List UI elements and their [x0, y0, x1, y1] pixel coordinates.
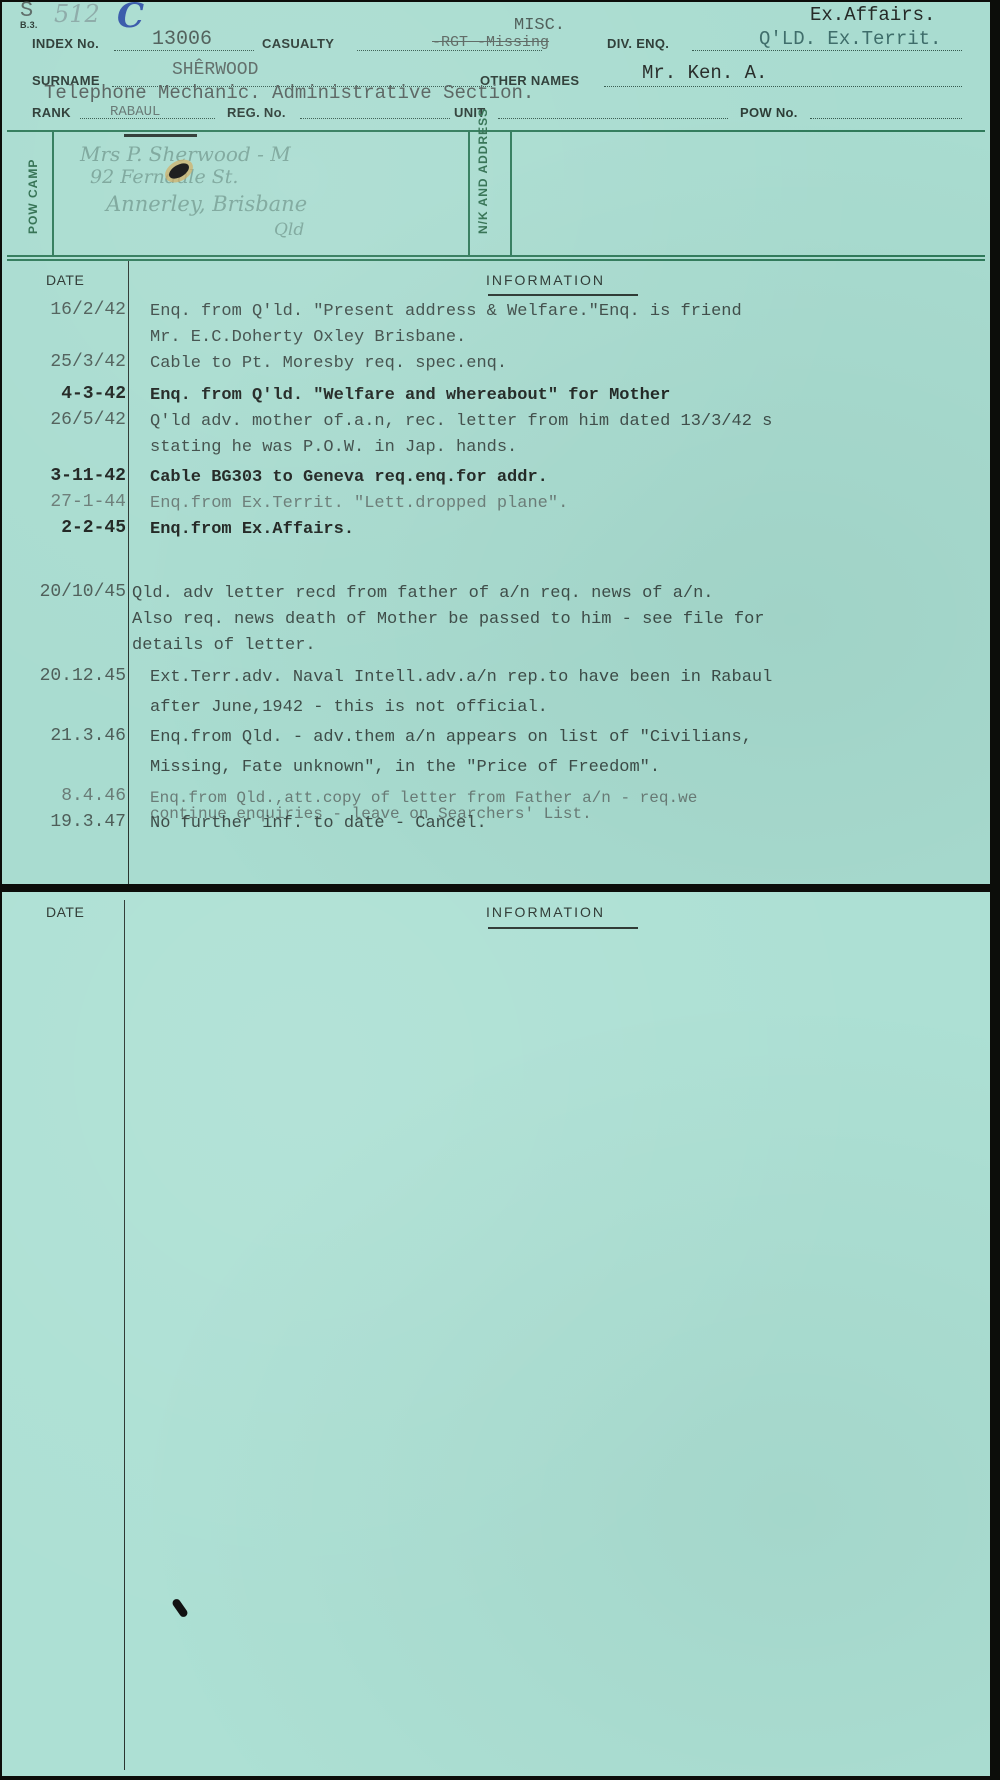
div-enq-label: DIV. ENQ.	[607, 36, 669, 51]
entry-date: 4-3-42	[61, 384, 126, 404]
entry-line: Ext.Terr.adv. Naval Intell.adv.a/n rep.t…	[150, 666, 772, 690]
rank-value: RABAUL	[110, 104, 160, 120]
entry-line: No further inf. to date - Cancel.	[150, 812, 487, 836]
casualty-label: CASUALTY	[262, 36, 334, 51]
entry-line: details of letter.	[132, 634, 316, 658]
info-header-underline	[488, 294, 638, 296]
index-label: INDEX No.	[32, 36, 99, 51]
entry-date: 27-1-44	[50, 492, 126, 512]
surname-value: SHÊRWOOD	[172, 60, 258, 80]
pow-no-line	[810, 118, 962, 119]
entry-line: Enq.from Qld. - adv.them a/n appears on …	[150, 726, 752, 750]
rank-label: RANK	[32, 105, 71, 120]
entry-date: 20/10/45	[40, 582, 126, 602]
box-bottom-rule-2	[7, 259, 985, 261]
reg-no-label: REG. No.	[227, 105, 286, 120]
index-card-front: S B.3. 512 C INDEX No. 13006 CASUALTY MI…	[2, 2, 990, 884]
div-enq-value-2: Q'LD. Ex.Territ.	[759, 28, 941, 50]
pow-camp-label: POW CAMP	[26, 159, 40, 234]
div-enq-value-1: Ex.Affairs.	[810, 4, 935, 26]
unit-line	[498, 118, 728, 119]
form-code: B.3.	[20, 20, 38, 30]
reg-no-line	[300, 118, 450, 119]
entry-line: Qld. adv letter recd from father of a/n …	[132, 582, 714, 606]
box-top-rule	[7, 130, 985, 132]
occupation-value: Telephone Mechanic. Administrative Secti…	[44, 82, 534, 104]
handwritten-ref: 512	[54, 0, 100, 28]
pow-camp-divider	[52, 132, 54, 256]
pow-camp-hand-4: Qld	[274, 220, 304, 240]
entry-line: stating he was P.O.W. in Jap. hands.	[150, 436, 517, 460]
entry-date: 21.3.46	[50, 726, 126, 746]
date-header: DATE	[46, 272, 84, 288]
back-date-column-divider	[124, 900, 125, 1770]
nk-address-label-text: N/K AND ADDRESS	[476, 108, 490, 234]
div-enq-line	[692, 50, 962, 51]
index-card-back: DATE INFORMATION	[2, 892, 990, 1776]
entry-line: Enq.from Ex.Territ. "Lett.dropped plane"…	[150, 492, 568, 516]
entry-line: Cable BG303 to Geneva req.enq.for addr.	[150, 466, 548, 490]
index-value: 13006	[152, 28, 212, 51]
nk-right-divider	[510, 132, 512, 256]
pow-camp-hand-2: 92 Ferndale St.	[90, 166, 238, 188]
casualty-value: MISC.	[514, 16, 565, 35]
entry-line: Also req. news death of Mother be passed…	[132, 608, 765, 632]
entry-line: Cable to Pt. Moresby req. spec.enq.	[150, 352, 507, 376]
nk-address-label: N/K AND ADDRESS	[476, 134, 490, 234]
back-date-header: DATE	[46, 904, 84, 920]
entry-line: after June,1942 - this is not official.	[150, 696, 548, 720]
entry-date: 3-11-42	[50, 466, 126, 486]
entry-line: Enq. from Q'ld. "Welfare and whereabout"…	[150, 384, 670, 408]
entry-date: 19.3.47	[50, 812, 126, 832]
date-column-divider	[128, 261, 129, 884]
box-bottom-rule	[7, 255, 985, 257]
back-info-header-underline	[488, 927, 638, 929]
entry-date: 26/5/42	[50, 410, 126, 430]
entry-date: 16/2/42	[50, 300, 126, 320]
back-info-header: INFORMATION	[486, 904, 605, 920]
entry-date: 2-2-45	[61, 518, 126, 538]
ink-mark	[171, 1598, 189, 1619]
grade-mark: C	[117, 0, 144, 36]
other-names-value: Mr. Ken. A.	[642, 62, 767, 84]
entry-date: 20.12.45	[40, 666, 126, 686]
entry-date: 8.4.46	[61, 786, 126, 806]
entry-line: Enq. from Q'ld. "Present address & Welfa…	[150, 300, 742, 324]
entry-line: Mr. E.C.Doherty Oxley Brisbane.	[150, 326, 466, 350]
info-header: INFORMATION	[486, 272, 605, 288]
other-names-line	[604, 86, 962, 87]
pow-no-label: POW No.	[740, 105, 798, 120]
entry-date: 25/3/42	[50, 352, 126, 372]
pow-camp-hand-3: Annerley, Brisbane	[106, 192, 307, 216]
casualty-struck-value: -RGT -Missing	[432, 34, 549, 51]
entry-line: Enq.from Ex.Affairs.	[150, 518, 354, 542]
rank-underline	[124, 134, 197, 137]
entry-line: Missing, Fate unknown", in the "Price of…	[150, 756, 660, 780]
nk-left-divider	[468, 132, 470, 256]
entry-line: Q'ld adv. mother of.a.n, rec. letter fro…	[150, 410, 772, 434]
